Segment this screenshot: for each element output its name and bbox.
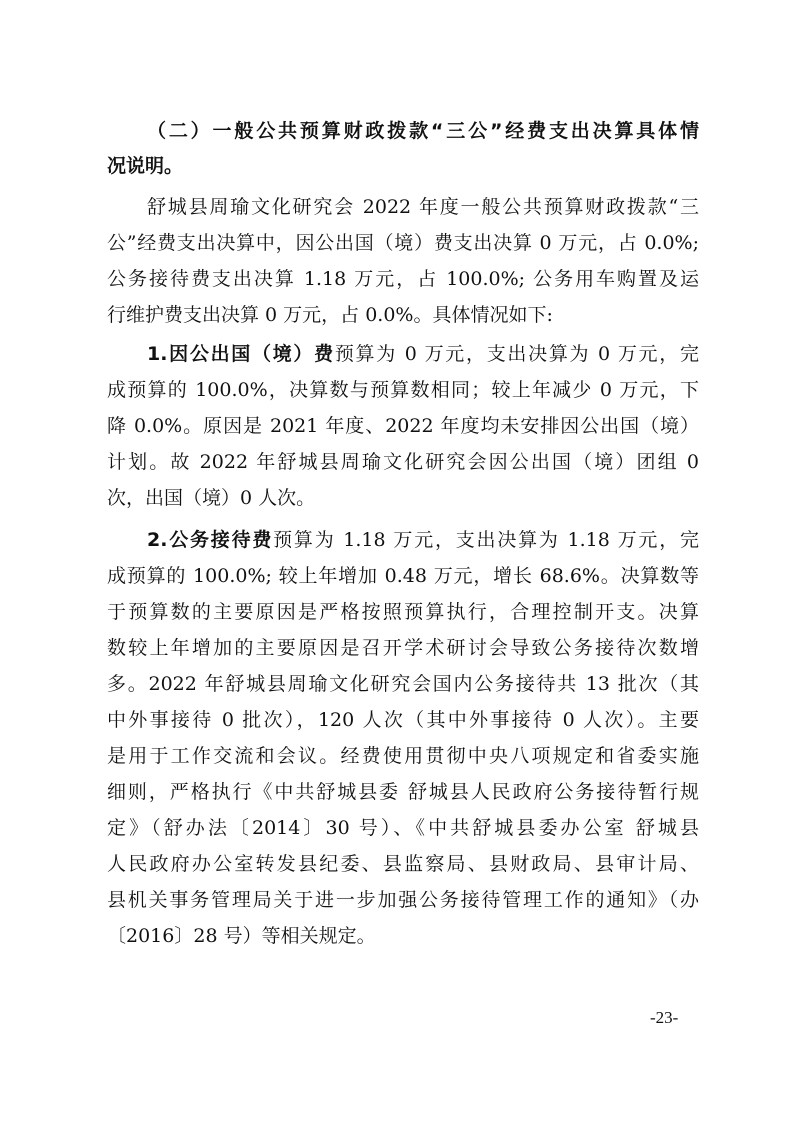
- intro-line-1: 舒城县周瑜文化研究会 2022 年度一般公共预算财政拨款“三: [147, 194, 699, 220]
- item2-line-2: 成预算的 100.0%; 较上年增加 0.48 万元，增长 68.6%。决算数等: [107, 563, 699, 589]
- item2-line-8: 细则，严格执行《中共舒城县委 舒城县人民政府公务接待暂行规: [107, 779, 699, 805]
- item1-line-4: 计划。故 2022 年舒城县周瑜文化研究会因公出国（境）团组 0: [107, 449, 699, 475]
- item1-title: 1.因公出国（境）费: [147, 343, 335, 365]
- item2-title: 2.公务接待费: [147, 529, 273, 551]
- item2-line-4: 数较上年增加的主要原因是召开学术研讨会导致公务接待次数增: [107, 635, 699, 661]
- item1-line-2: 成预算的 100.0%，决算数与预算数相同；较上年减少 0 万元，下: [107, 377, 699, 403]
- item2-line-6: 中外事接待 0 批次），120 人次（其中外事接待 0 人次）。主要: [107, 707, 699, 733]
- item2-line-12: 〔2016〕28 号）等相关规定。: [107, 923, 699, 949]
- item1-first-line-text: 预算为 0 万元，支出决算为 0 万元，完: [335, 343, 699, 365]
- item2-line-10: 人民政府办公室转发县纪委、县监察局、县财政局、县审计局、: [107, 851, 699, 877]
- item2-line-9: 定》（舒办法〔2014〕30 号）、《中共舒城县委办公室 舒城县: [107, 815, 699, 841]
- item1-line-5: 次，出国（境）0 人次。: [107, 485, 699, 511]
- item2-line-3: 于预算数的主要原因是严格按照预算执行，合理控制开支。决算: [107, 599, 699, 625]
- item2-line-5: 多。2022 年舒城县周瑜文化研究会国内公务接待共 13 批次（其: [107, 671, 699, 697]
- intro-line-4: 行维护费支出决算 0 万元，占 0.0%。具体情况如下:: [107, 302, 699, 328]
- document-page: （二）一般公共预算财政拨款“三公”经费支出决算具体情 况说明。 舒城县周瑜文化研…: [0, 0, 793, 1122]
- item1-line-3: 降 0.0%。原因是 2021 年度、2022 年度均未安排因公出国（境）: [107, 413, 699, 439]
- item2-first-line-text: 预算为 1.18 万元，支出决算为 1.18 万元，完: [273, 529, 699, 551]
- intro-line-2: 公”经费支出决算中，因公出国（境）费支出决算 0 万元，占 0.0%;: [107, 230, 699, 256]
- intro-line-3: 公务接待费支出决算 1.18 万元，占 100.0%; 公务用车购置及运: [107, 266, 699, 292]
- section-heading-line-2: 况说明。: [107, 153, 699, 179]
- item2-line-11: 县机关事务管理局关于进一步加强公务接待管理工作的通知》（办: [107, 887, 699, 913]
- item1-first-line: 1.因公出国（境）费预算为 0 万元，支出决算为 0 万元，完: [147, 341, 699, 367]
- item2-first-line: 2.公务接待费预算为 1.18 万元，支出决算为 1.18 万元，完: [147, 527, 699, 553]
- item2-line-7: 是用于工作交流和会议。经费使用贯彻中央八项规定和省委实施: [107, 743, 699, 769]
- section-heading-line-1: （二）一般公共预算财政拨款“三公”经费支出决算具体情: [147, 118, 699, 144]
- page-number: -23-: [650, 1008, 678, 1028]
